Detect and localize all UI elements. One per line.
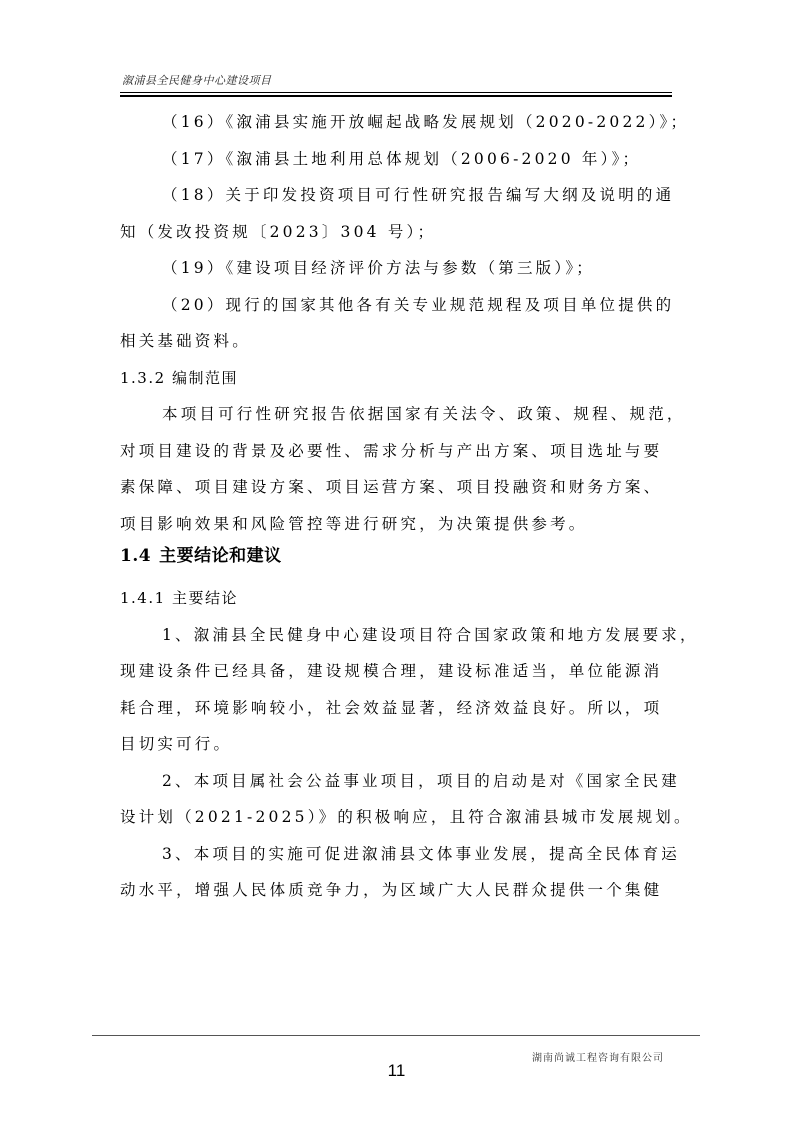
conclusion-1-line: 耗合理，环境影响较小，社会效益显著，经济效益良好。所以，项 bbox=[120, 690, 680, 727]
conclusion-1-line: 1、溆浦县全民健身中心建设项目符合国家政策和地方发展要求， bbox=[120, 617, 680, 654]
reference-20-line-2: 相关基础资料。 bbox=[120, 323, 680, 360]
section-number: 1.4 bbox=[120, 546, 151, 566]
scope-paragraph-line: 素保障、项目建设方案、项目运营方案、项目投融资和财务方案、 bbox=[120, 469, 680, 506]
page-header: 溆浦县全民健身中心建设项目 bbox=[120, 74, 672, 97]
section-heading-1-4-1: 1.4.1 主要结论 bbox=[120, 580, 680, 617]
conclusion-1-line: 目切实可行。 bbox=[120, 726, 680, 763]
reference-18-line-1: （18）关于印发投资项目可行性研究报告编写大纲及说明的通 bbox=[120, 177, 680, 214]
conclusion-3-line: 动水平，增强人民体质竞争力，为区域广大人民群众提供一个集健 bbox=[120, 872, 680, 909]
scope-paragraph-line: 对项目建设的背景及必要性、需求分析与产出方案、项目选址与要 bbox=[120, 433, 680, 470]
section-title: 主要结论和建议 bbox=[159, 546, 282, 566]
section-heading-1-3-2: 1.3.2 编制范围 bbox=[120, 360, 680, 397]
section-number: 1.3.2 bbox=[120, 369, 166, 387]
reference-18-line-2: 知（发改投资规〔2023〕304 号）； bbox=[120, 214, 680, 251]
section-number: 1.4.1 bbox=[120, 589, 166, 607]
document-body: （16）《溆浦县实施开放崛起战略发展规划（2020-2022）》； （17）《溆… bbox=[120, 104, 680, 909]
section-title: 主要结论 bbox=[172, 589, 238, 607]
reference-20-line-1: （20）现行的国家其他各有关专业规范规程及项目单位提供的 bbox=[120, 287, 680, 324]
section-title: 编制范围 bbox=[172, 369, 238, 387]
conclusion-2-line: 设计划（2021-2025）》的积极响应，且符合溆浦县城市发展规划。 bbox=[120, 799, 680, 836]
header-title: 溆浦县全民健身中心建设项目 bbox=[120, 74, 672, 88]
conclusion-1-line: 现建设条件已经具备，建设规模合理，建设标准适当，单位能源消 bbox=[120, 653, 680, 690]
conclusion-2-line: 2、本项目属社会公益事业项目，项目的启动是对《国家全民建 bbox=[120, 763, 680, 800]
reference-16: （16）《溆浦县实施开放崛起战略发展规划（2020-2022）》； bbox=[120, 104, 680, 141]
header-rule-thick bbox=[120, 95, 672, 97]
header-rule-thin bbox=[120, 92, 672, 94]
page-number: 11 bbox=[0, 1061, 793, 1081]
section-heading-1-4: 1.4主要结论和建议 bbox=[120, 536, 680, 576]
reference-19: （19）《建设项目经济评价方法与参数（第三版）》； bbox=[120, 250, 680, 287]
reference-17: （17）《溆浦县土地利用总体规划（2006-2020 年）》； bbox=[120, 141, 680, 178]
scope-paragraph-line: 本项目可行性研究报告依据国家有关法令、政策、规程、规范， bbox=[120, 396, 680, 433]
footer-rule bbox=[92, 1035, 700, 1036]
conclusion-3-line: 3、本项目的实施可促进溆浦县文体事业发展，提高全民体育运 bbox=[120, 836, 680, 873]
